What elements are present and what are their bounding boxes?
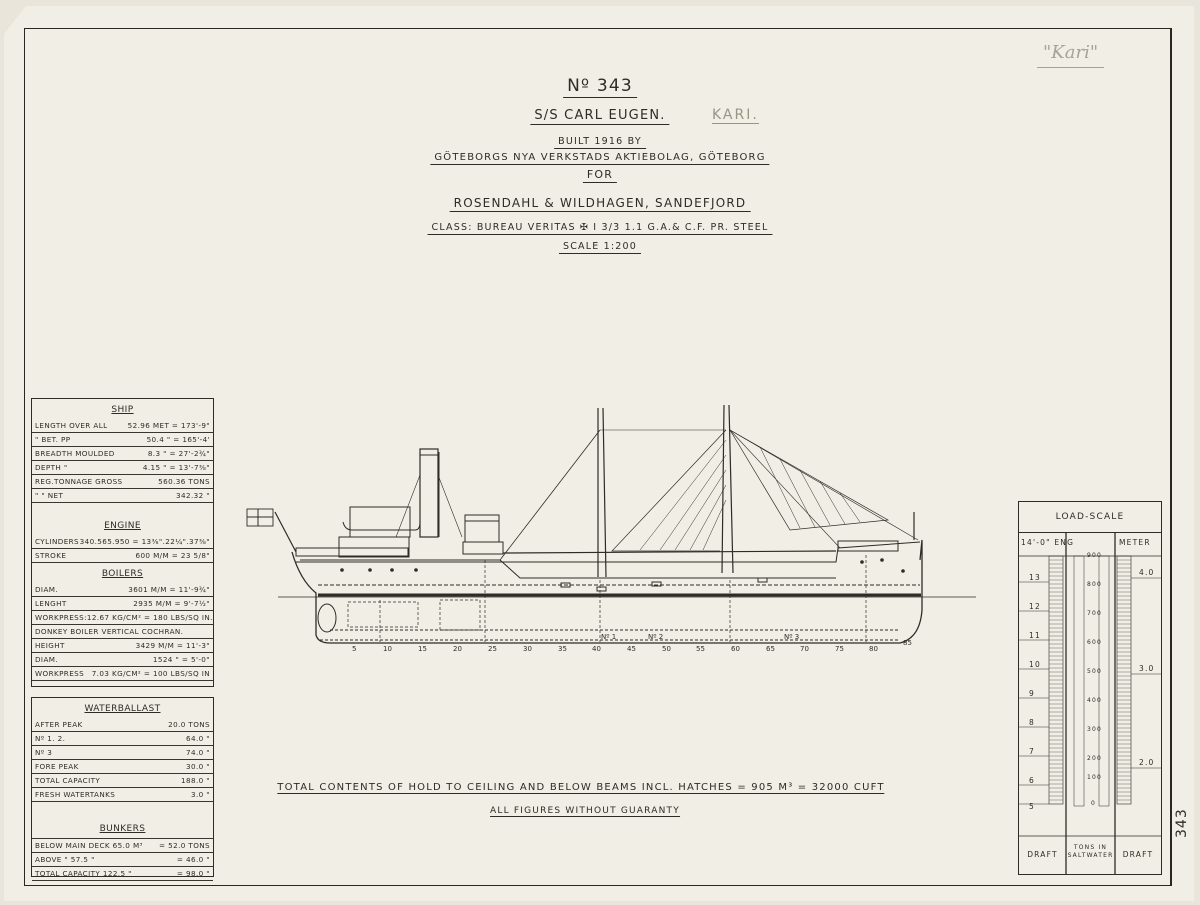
svg-text:85: 85 bbox=[903, 639, 912, 647]
svg-text:10: 10 bbox=[383, 645, 392, 653]
svg-text:80: 80 bbox=[869, 645, 878, 653]
feet-header: 14'-0" ENG bbox=[1021, 538, 1074, 547]
svg-text:35: 35 bbox=[558, 645, 567, 653]
svg-text:5: 5 bbox=[352, 645, 356, 653]
svg-text:40: 40 bbox=[592, 645, 601, 653]
svg-text:25: 25 bbox=[488, 645, 497, 653]
svg-text:75: 75 bbox=[835, 645, 844, 653]
frame-numbers: 5 10 15 20 25 30 35 40 45 50 55 60 65 70… bbox=[352, 639, 912, 653]
svg-text:20: 20 bbox=[453, 645, 462, 653]
hold-contents-note: TOTAL CONTENTS OF HOLD TO CEILING AND BE… bbox=[277, 782, 884, 794]
svg-text:70: 70 bbox=[800, 645, 809, 653]
svg-text:50: 50 bbox=[662, 645, 671, 653]
meter-header: METER bbox=[1119, 538, 1151, 547]
svg-text:55: 55 bbox=[696, 645, 705, 653]
draft-label-right: DRAFT bbox=[1115, 850, 1161, 859]
svg-text:15: 15 bbox=[418, 645, 427, 653]
load-scale: LOAD-SCALE 14'-0" ENG METER 13 12 11 10 … bbox=[1018, 501, 1162, 875]
svg-text:30: 30 bbox=[523, 645, 532, 653]
hold-label: Nº 2 bbox=[648, 633, 663, 641]
tons-label: TONS IN SALTWATER bbox=[1066, 844, 1115, 860]
svg-text:65: 65 bbox=[766, 645, 775, 653]
svg-text:45: 45 bbox=[627, 645, 636, 653]
hold-label: Nº 3 bbox=[784, 633, 799, 641]
guaranty-note: ALL FIGURES WITHOUT GUARANTY bbox=[490, 806, 680, 817]
draft-label-left: DRAFT bbox=[1019, 850, 1066, 859]
sheet-number: 343 bbox=[1174, 808, 1190, 838]
svg-text:60: 60 bbox=[731, 645, 740, 653]
hold-label: Nº 1 bbox=[601, 633, 616, 641]
